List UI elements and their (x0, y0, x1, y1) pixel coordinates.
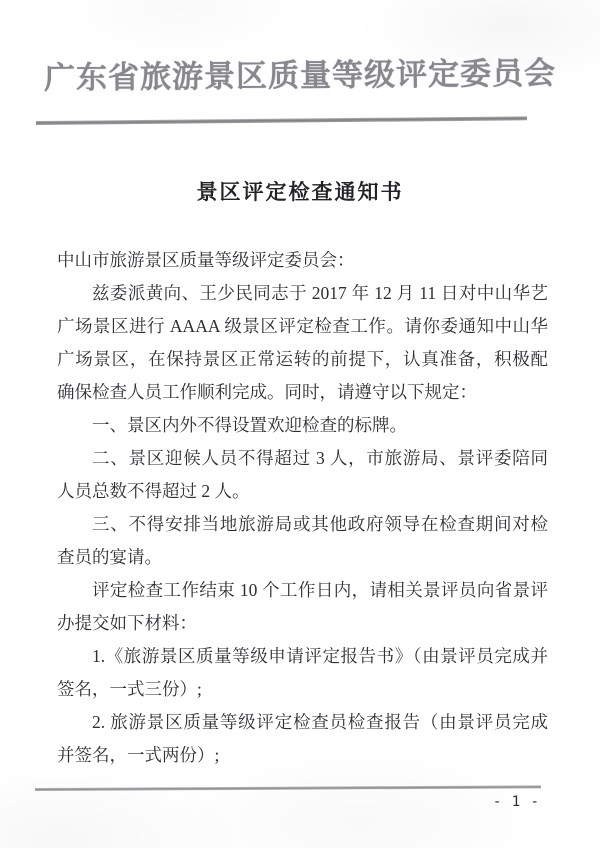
letterhead-divider-rule (36, 116, 527, 125)
body-line: 2. 旅游景区质量等级评定检查员检查报告（由景评员完成 (57, 706, 548, 739)
letterhead-org-name: 广东省旅游景区质量等级评定委员会 (30, 47, 570, 97)
body-line: 确保检查人员工作顺利完成。同时，请遵守以下规定： (57, 376, 548, 409)
body-line: 中山市旅游景区质量等级评定委员会： (57, 244, 548, 277)
scanned-document-page: 广东省旅游景区质量等级评定委员会 景区评定检查通知书 中山市旅游景区质量等级评定… (0, 0, 600, 848)
body-line: 广场景区，在保持景区正常运转的前提下，认真准备，积极配合， (57, 343, 548, 376)
body-line: 三、不得安排当地旅游局或其他政府领导在检查期间对检 (57, 508, 548, 541)
body-line: 广场景区进行 AAAA 级景区评定检查工作。请你委通知中山华艺 (57, 310, 548, 343)
body-line: 并签名，一式两份）; (57, 739, 548, 772)
body-line: 人员总数不得超过 2 人。 (57, 475, 548, 508)
document-title: 景区评定检查通知书 (0, 176, 600, 206)
body-line: 签名，一式三份）; (57, 673, 548, 706)
body-line: 兹委派黄向、王少民同志于 2017 年 12 月 11 日对中山华艺 (57, 277, 548, 310)
footer-divider-rule (35, 785, 541, 791)
body-line: 办提交如下材料： (57, 607, 548, 640)
body-line: 评定检查工作结束 10 个工作日内，请相关景评员向省景评 (57, 574, 548, 607)
body-line: 查员的宴请。 (57, 541, 548, 574)
body-line: 二、景区迎候人员不得超过 3 人，市旅游局、景评委陪同 (57, 442, 548, 475)
document-body: 中山市旅游景区质量等级评定委员会：兹委派黄向、王少民同志于 2017 年 12 … (57, 244, 548, 772)
page-number: - 1 - (493, 794, 540, 810)
body-line: 一、景区内外不得设置欢迎检查的标牌。 (57, 409, 548, 442)
body-line: 1.《旅游景区质量等级申请评定报告书》（由景评员完成并 (57, 640, 548, 673)
